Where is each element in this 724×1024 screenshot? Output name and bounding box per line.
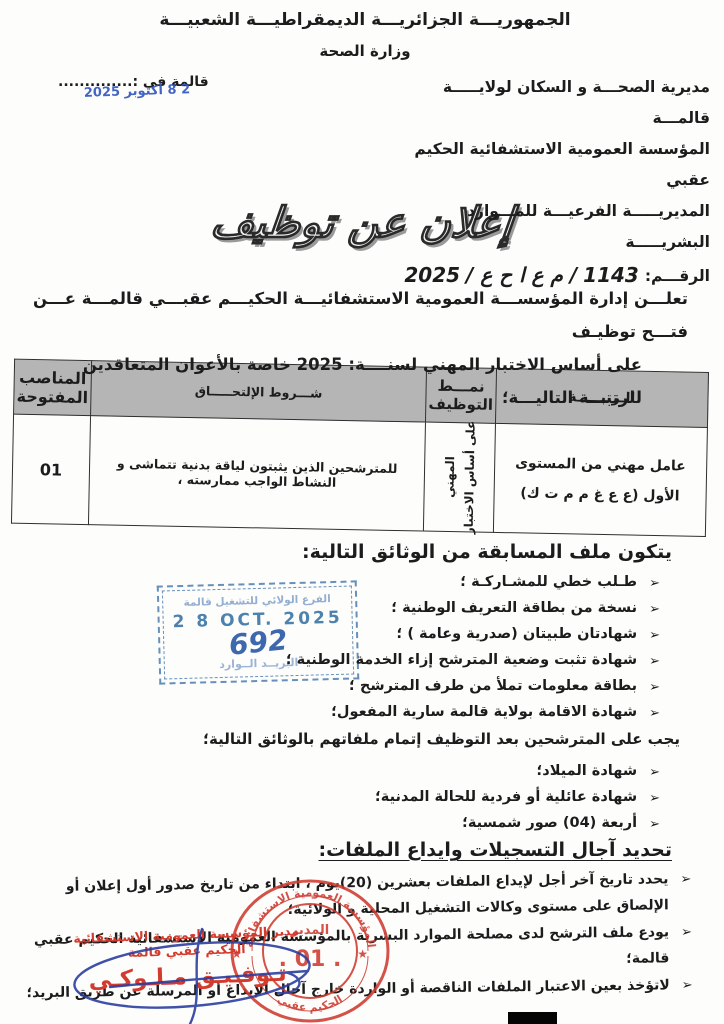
arrow-bullet-icon: ➢ [649, 760, 660, 785]
arrow-bullet-icon: ➢ [649, 623, 660, 648]
list-item-text: شهادة عائلية أو فردية للحالة المدنية؛ [375, 785, 637, 810]
republic-title: الجمهوريـــة الجزائريـــة الديمقراطيـــة… [130, 10, 600, 30]
list-item-text: شهادة الميلاد؛ [536, 759, 637, 784]
org-line-institution: المؤسسة العمومية الاستشفائية الحكيم عقبي [400, 134, 710, 196]
arrow-bullet-icon: ➢ [680, 867, 692, 919]
vertical-text: المهني على أساس الاختبار [426, 427, 492, 528]
arrow-bullet-icon: ➢ [649, 675, 660, 700]
cell-rank: عامل مهني من المستوى الأول (ع ع غ م م ت … [493, 423, 707, 536]
list-item-text: شهادة الاقامة بولاية قالمة سارية المفعول… [331, 700, 637, 725]
document-header: الجمهوريـــة الجزائريـــة الديمقراطيـــة… [130, 10, 600, 60]
list-item: ➢ شهادة عائلية أو فردية للحالة المدنية؛ [10, 785, 660, 810]
after-hiring-note: يجب على المترشحين بعد التوظيف إتمام ملفا… [10, 726, 680, 752]
signature-graphic [40, 925, 340, 1024]
list-item-text: شهادة تثبت وضعية المترشح إزاء الخدمة الو… [286, 648, 637, 673]
list-item: ➢ شهادة تثبت وضعية المترشح إزاء الخدمة ا… [10, 648, 660, 673]
cell-open-positions: 01 [11, 414, 90, 524]
arrow-bullet-icon: ➢ [649, 812, 660, 837]
list-item: ➢ شهادة الاقامة بولاية قالمة سارية المفع… [10, 700, 660, 725]
organization-block: مديرية الصحـــة و السكان لولايـــــة قال… [400, 72, 710, 292]
director-signature [40, 925, 340, 1024]
after-hiring-list: ➢ شهادة الميلاد؛ ➢ شهادة عائلية أو فردية… [10, 759, 696, 836]
list-item: ➢ طـلب خطي للمشـاركـة ؛ [10, 570, 660, 595]
table-row: عامل مهني من المستوى الأول (ع ع غ م م ت … [11, 414, 707, 536]
list-item: ➢ بطاقة معلومات تملأ من طرف المترشح ؛ [10, 674, 660, 699]
deadline-heading: تحديد آجال التسجيلات وايداع الملفات: [10, 839, 672, 861]
intro-paragraph: تعلـــن إدارة المؤسســـة العمومية الاستش… [16, 282, 688, 414]
list-item: ➢ أربعة (04) صور شمسية؛ [10, 811, 660, 836]
cell-recruitment-mode: المهني على أساس الاختبار [424, 422, 496, 532]
intro-line-1: تعلـــن إدارة المؤسســـة العمومية الاستش… [16, 282, 688, 348]
list-item-text: طـلب خطي للمشـاركـة ؛ [460, 570, 637, 595]
mode-vertical-line1: على أساس الاختبار [461, 421, 477, 535]
arrow-bullet-icon: ➢ [681, 920, 693, 972]
list-item-text: بطاقة معلومات تملأ من طرف المترشح ؛ [349, 674, 637, 699]
list-item: ➢ شهادة الميلاد؛ [10, 759, 660, 784]
cell-conditions: للمترشحين الذين يثبتون لياقة بدنية تتماش… [88, 416, 425, 531]
star-icon: ★ [357, 947, 368, 961]
list-item-text: نسخة من بطاقة التعريف الوطنية ؛ [391, 596, 637, 621]
intro-line-2: على أساس الاختبار المهني لسنــــة: 2025 … [16, 348, 642, 414]
arrow-bullet-icon: ➢ [649, 597, 660, 622]
arrow-bullet-icon: ➢ [649, 571, 660, 596]
docs-heading: يتكون ملف المسابقة من الوثائق التالية: [10, 541, 672, 563]
list-item: ➢ نسخة من بطاقة التعريف الوطنية ؛ [10, 596, 660, 621]
arrow-bullet-icon: ➢ [649, 701, 660, 726]
arrow-bullet-icon: ➢ [682, 973, 693, 999]
list-item-text: أربعة (04) صور شمسية؛ [462, 811, 637, 836]
list-item: ➢ شهادتان طبيتان (صدرية وعامة ) ؛ [10, 622, 660, 647]
redaction-mark [508, 1012, 557, 1024]
arrow-bullet-icon: ➢ [649, 649, 660, 674]
org-line-directorate: مديرية الصحـــة و السكان لولايـــــة قال… [400, 72, 710, 134]
org-line-subdirectorate: المديريـــــة الفرعيـــة للمـــوارد البش… [400, 196, 710, 258]
ministry-title: وزارة الصحة [130, 42, 600, 60]
list-item-text: شهادتان طبيتان (صدرية وعامة ) ؛ [396, 622, 637, 647]
docs-list: ➢ طـلب خطي للمشـاركـة ؛ ➢ نسخة من بطاقة … [10, 570, 696, 725]
mode-vertical-line2: المهني [442, 456, 457, 498]
arrow-bullet-icon: ➢ [649, 786, 660, 811]
scanned-document-page: الجمهوريـــة الجزائريـــة الديمقراطيـــة… [0, 0, 724, 1024]
